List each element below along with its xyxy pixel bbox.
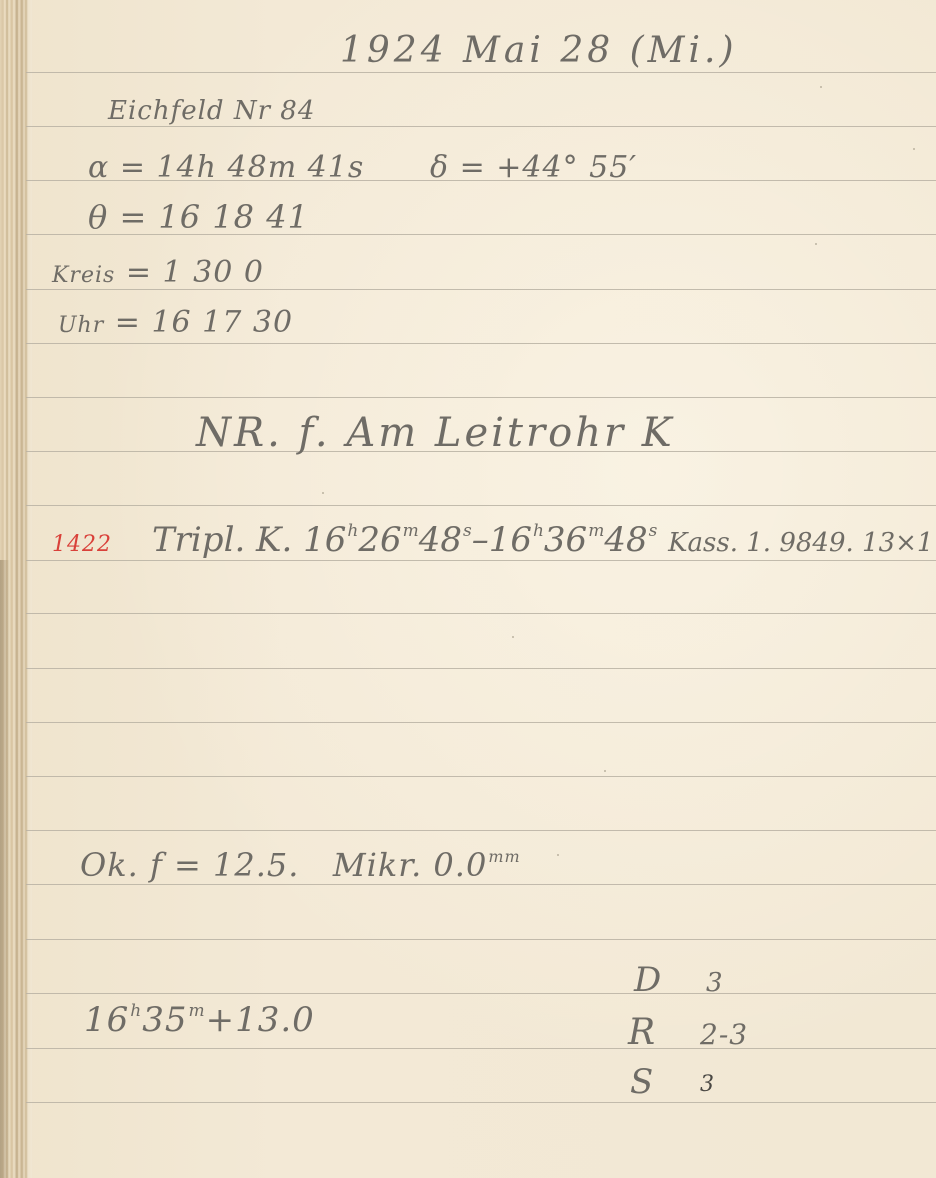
temperature-line: 16h35m+13.0 [84, 1000, 315, 1040]
condition-s-value: 3 [700, 1072, 715, 1097]
page-date: 1924 Mai 28 (Mi.) [340, 30, 738, 71]
paper-speck [820, 86, 822, 88]
condition-s-symbol: S [630, 1062, 654, 1102]
rule-line [26, 72, 936, 73]
delta-value: = +44° 55′ [460, 150, 638, 185]
rule-line [26, 776, 936, 777]
rule-line [26, 560, 936, 561]
condition-d-symbol: D [634, 960, 662, 1000]
temp-hours: 16 [84, 1000, 129, 1040]
delta-row: δ = +44° 55′ [430, 150, 637, 185]
end-minutes: 36 [544, 520, 587, 560]
condition-r-symbol: R [628, 1012, 656, 1053]
mikr-value: 0.0 [433, 846, 487, 884]
temp-value: +13.0 [206, 1000, 315, 1040]
alpha-value: = 14h 48m 41s [120, 150, 364, 185]
kreis-row: Kreis = 1 30 0 [52, 255, 264, 290]
paper-speck [322, 492, 324, 494]
ocular-focal: Ok. f = 12.5. [80, 846, 299, 884]
rule-line [26, 884, 936, 885]
rule-line [26, 613, 936, 614]
mikr-label: Mikr. [333, 846, 422, 884]
rule-line [26, 668, 936, 669]
alpha-row: α = 14h 48m 41s [88, 150, 364, 185]
condition-d-value: 3 [706, 968, 724, 998]
field-title: Eichfeld Nr 84 [108, 96, 315, 126]
paper-speck [557, 854, 559, 856]
plate-number: 1422 [52, 532, 112, 557]
exposure-suffix: Kass. 1. 9849. 13×1 [668, 528, 933, 558]
theta-value: = 16 18 41 [119, 198, 308, 236]
page-edges [0, 0, 32, 1178]
notebook-page: 1924 Mai 28 (Mi.) Eichfeld Nr 84 α = 14h… [0, 0, 936, 1178]
start-hours: 16 [303, 520, 346, 560]
mikr-unit: mm [488, 847, 520, 866]
exposure-prefix: Tripl. K. [152, 520, 292, 560]
start-minutes: 26 [358, 520, 401, 560]
rule-line [26, 1048, 936, 1049]
delta-label: δ [430, 150, 449, 185]
temp-minutes: 35 [142, 1000, 187, 1040]
rule-line [26, 505, 936, 506]
uhr-label: Uhr [58, 313, 104, 338]
observer-line: NR. f. Am Leitrohr K [196, 410, 675, 456]
rule-line [26, 993, 936, 994]
exposure-line: Tripl. K. 16h26m48s–16h36m48s Kass. 1. 9… [152, 520, 933, 560]
rule-line [26, 343, 936, 344]
paper-speck [815, 243, 817, 245]
rule-line [26, 126, 936, 127]
uhr-value: = 16 17 30 [115, 305, 293, 340]
theta-row: θ = 16 18 41 [88, 198, 309, 236]
alpha-label: α [88, 150, 109, 185]
rule-line [26, 1102, 936, 1103]
end-seconds: 48 [604, 520, 647, 560]
uhr-row: Uhr = 16 17 30 [58, 305, 293, 340]
rule-line [26, 939, 936, 940]
kreis-value: = 1 30 0 [126, 255, 264, 290]
paper-speck [512, 636, 514, 638]
start-seconds: 48 [419, 520, 462, 560]
rule-line [26, 397, 936, 398]
ocular-line: Ok. f = 12.5. Mikr. 0.0mm [80, 846, 521, 884]
condition-r-value: 2-3 [700, 1018, 748, 1051]
kreis-label: Kreis [52, 263, 115, 288]
theta-label: θ [88, 198, 108, 236]
rule-line [26, 722, 936, 723]
paper-speck [913, 148, 915, 150]
end-hours: 16 [489, 520, 532, 560]
paper-speck [604, 770, 606, 772]
rule-line [26, 830, 936, 831]
